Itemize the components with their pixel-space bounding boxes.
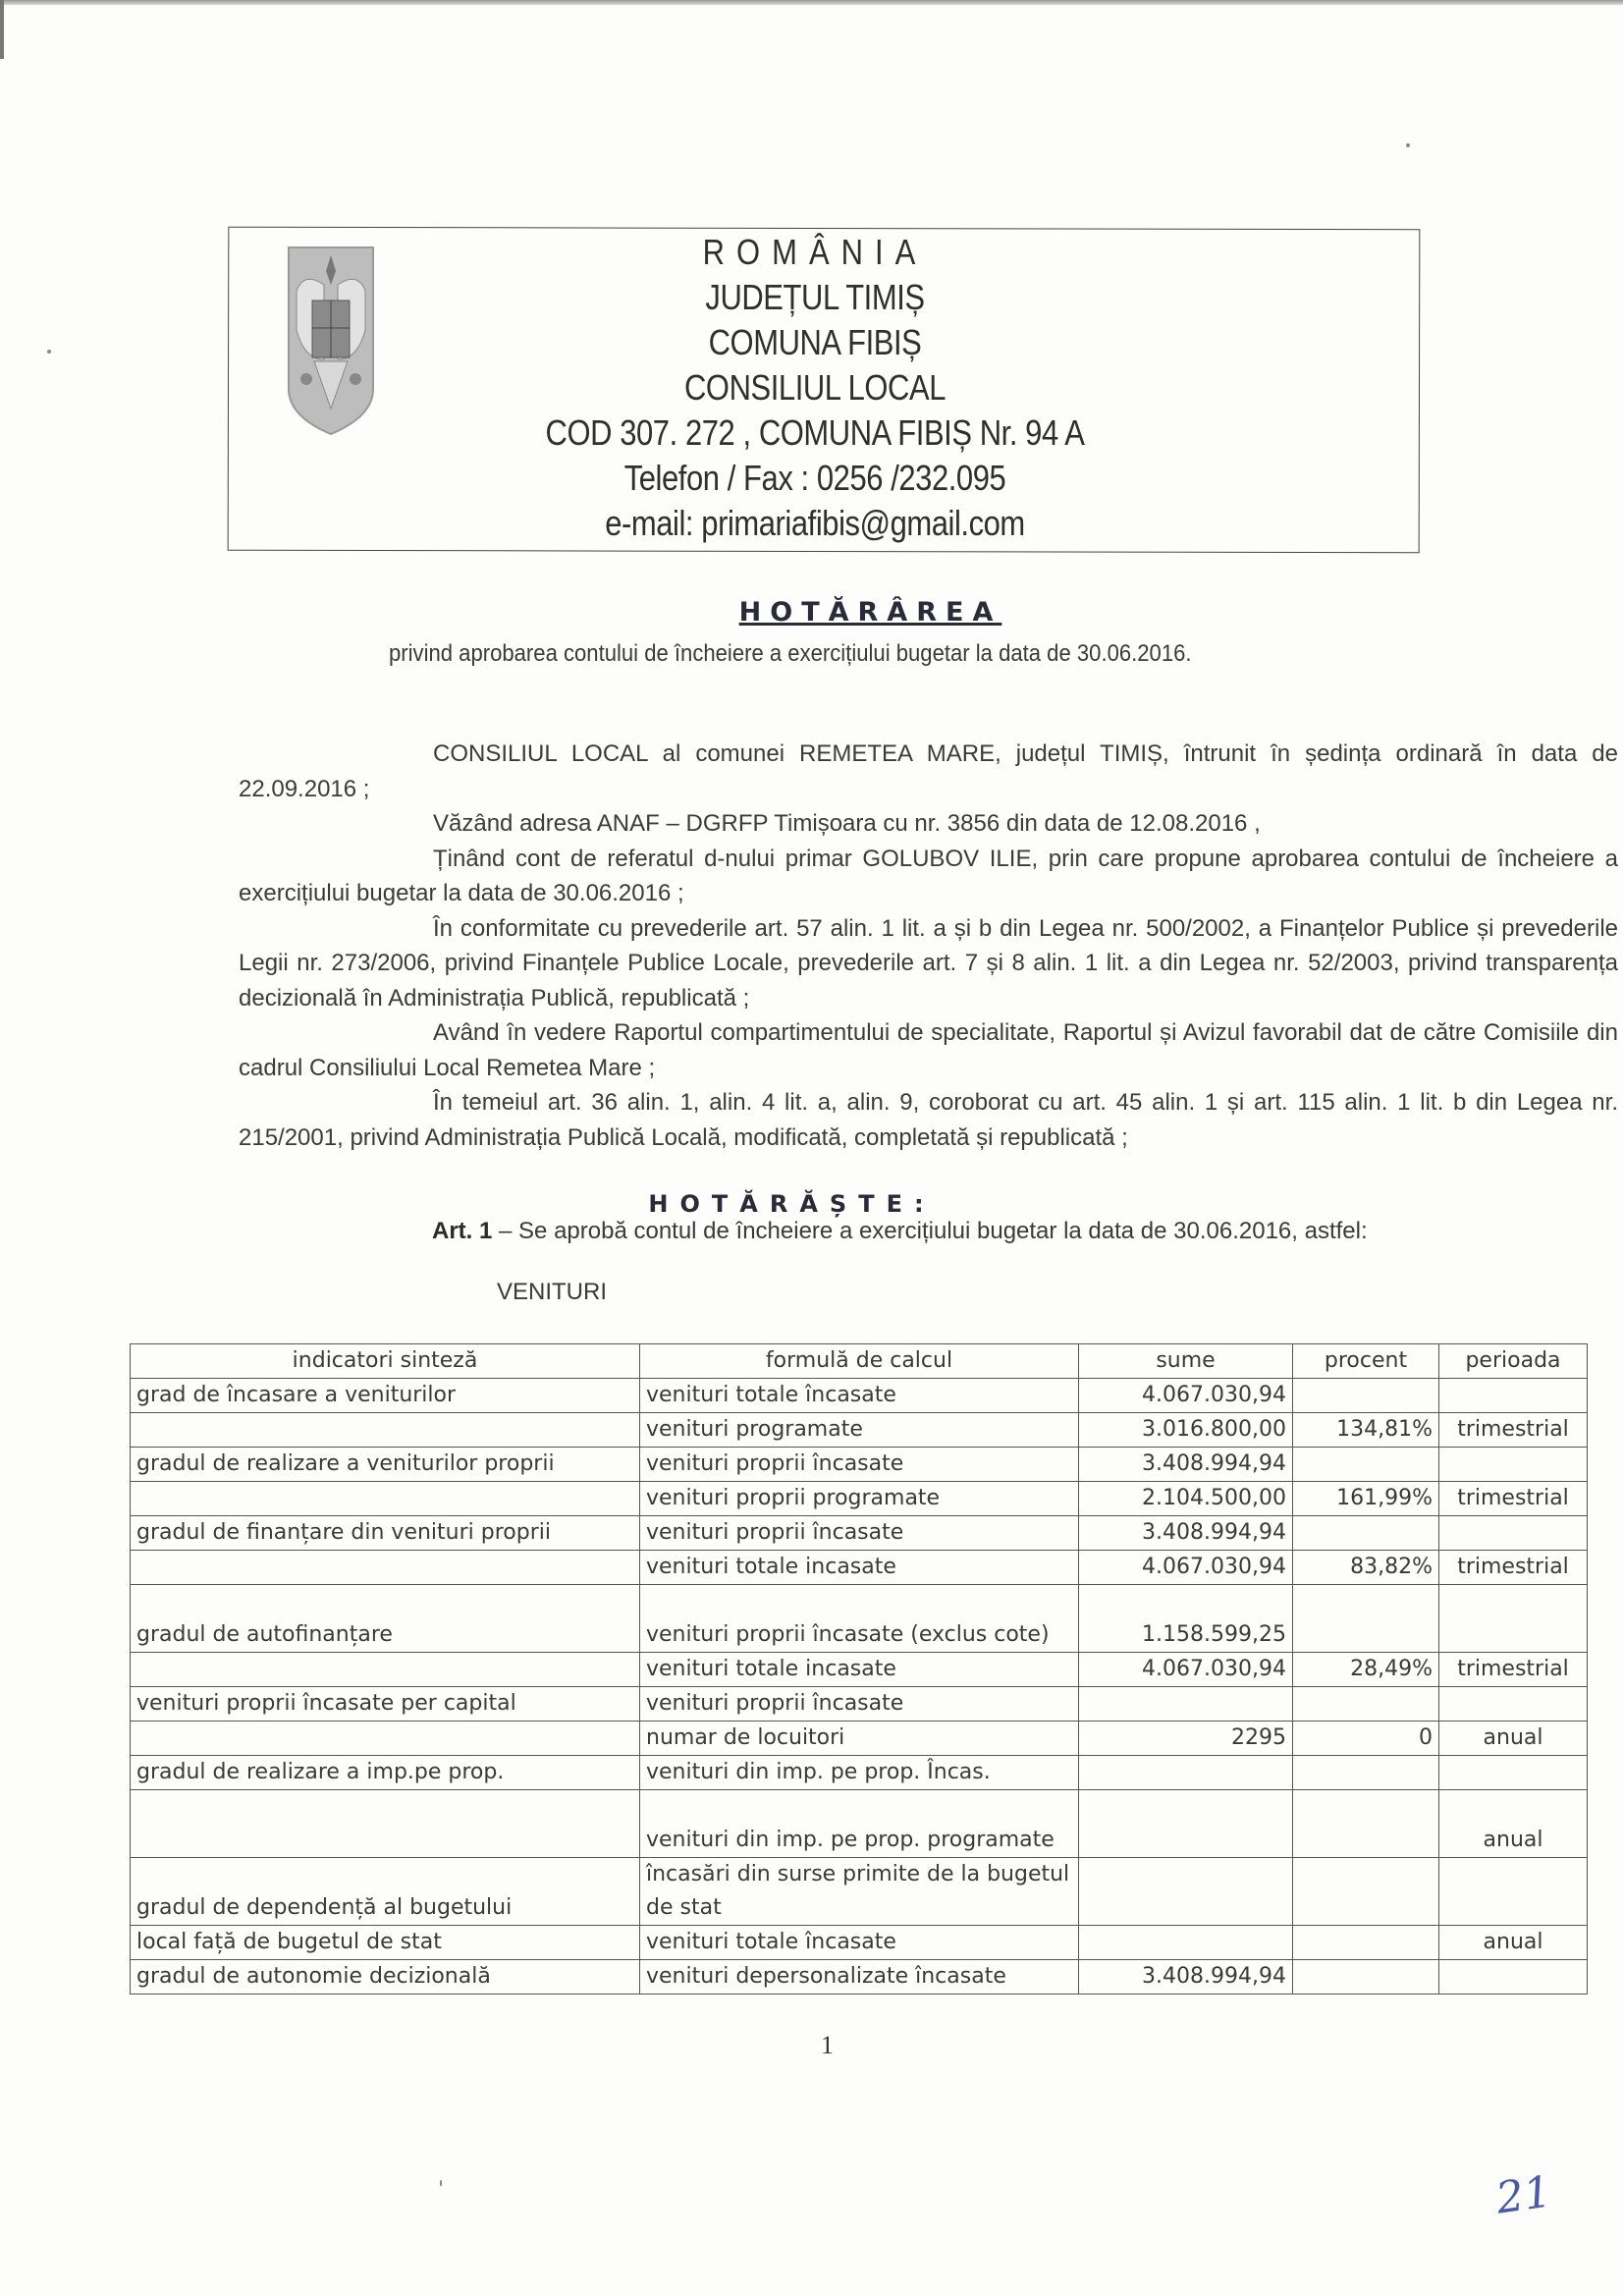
table-body: grad de încasare a veniturilorvenituri t…: [131, 1379, 1588, 1995]
indicator-cell: gradul de realizare a veniturilor propri…: [131, 1448, 640, 1482]
indicator-cell: [131, 1790, 640, 1858]
indicator-cell: [131, 1551, 640, 1585]
sum-cell: 2.104.500,00: [1079, 1482, 1293, 1516]
table-row: venituri programate3.016.800,00134,81%tr…: [131, 1413, 1588, 1448]
table-row: grad de încasare a veniturilorvenituri t…: [131, 1379, 1588, 1413]
sum-cell: [1079, 1790, 1293, 1858]
formula-cell: venituri proprii încasate: [640, 1687, 1079, 1722]
table-row: venituri proprii încasate per capitalven…: [131, 1687, 1588, 1722]
formula-cell: venituri proprii încasate: [640, 1448, 1079, 1482]
indicator-cell: gradul de autonomie decizională: [131, 1960, 640, 1995]
scan-speck: [47, 350, 51, 354]
percent-cell: 134,81%: [1293, 1413, 1439, 1448]
indicator-cell: local față de bugetul de stat: [131, 1926, 640, 1960]
postal-address: COD 307. 272 , COMUNA FIBIȘ Nr. 94 A: [486, 410, 1145, 456]
column-header-indicator: indicatori sinteză: [131, 1344, 640, 1379]
scan-speck: [1406, 143, 1410, 147]
period-cell: [1439, 1448, 1588, 1482]
period-cell: [1439, 1379, 1588, 1413]
period-cell: [1439, 1687, 1588, 1722]
formula-cell: venituri depersonalizate încasate: [640, 1960, 1079, 1995]
sum-cell: 3.408.994,94: [1079, 1960, 1293, 1995]
council-name: CONSILIUL LOCAL: [486, 365, 1145, 410]
table-header-row: indicatori sinteză formulă de calcul sum…: [131, 1344, 1588, 1379]
phone-fax: Telefon / Fax : 0256 /232.095: [486, 456, 1145, 501]
formula-cell: venituri totale incasate: [640, 1653, 1079, 1687]
decision-heading: HOTĂRÂREA: [0, 597, 1623, 628]
formula-cell: venituri totale încasate: [640, 1379, 1079, 1413]
scan-speck: [440, 2180, 442, 2186]
period-cell: anual: [1439, 1926, 1588, 1960]
sum-cell: 2295: [1079, 1722, 1293, 1756]
column-header-period: perioada: [1439, 1344, 1588, 1379]
sum-cell: 1.158.599,25: [1079, 1585, 1293, 1653]
indicator-cell: grad de încasare a veniturilor: [131, 1379, 640, 1413]
period-cell: anual: [1439, 1790, 1588, 1858]
period-cell: trimestrial: [1439, 1551, 1588, 1585]
article-1-text: – Se aprobă contul de încheiere a exerci…: [492, 1218, 1367, 1244]
decides-label: HOTĂRĂȘTE:: [648, 1190, 935, 1218]
table-row: venituri totale incasate4.067.030,9483,8…: [131, 1551, 1588, 1585]
percent-cell: [1293, 1756, 1439, 1790]
column-header-formula: formulă de calcul: [640, 1344, 1079, 1379]
period-cell: [1439, 1756, 1588, 1790]
article-1: Art. 1 – Se aprobă contul de încheiere a…: [432, 1218, 1368, 1245]
preamble-paragraph: CONSILIUL LOCAL al comunei REMETEA MARE,…: [239, 737, 1618, 806]
formula-cell: venituri proprii încasate: [640, 1516, 1079, 1551]
county-name: JUDEȚUL TIMIȘ: [486, 275, 1145, 320]
table-row: gradul de autofinanțarevenituri proprii …: [131, 1585, 1588, 1653]
preamble: CONSILIUL LOCAL al comunei REMETEA MARE,…: [239, 737, 1618, 1155]
sum-cell: [1079, 1687, 1293, 1722]
sum-cell: [1079, 1756, 1293, 1790]
sum-cell: [1079, 1858, 1293, 1926]
period-cell: trimestrial: [1439, 1413, 1588, 1448]
period-cell: [1439, 1960, 1588, 1995]
period-cell: [1439, 1585, 1588, 1653]
formula-cell: venituri proprii programate: [640, 1482, 1079, 1516]
preamble-paragraph: În conformitate cu prevederile art. 57 a…: [239, 911, 1618, 1016]
scan-edge-left: [0, 0, 4, 59]
country-name: ROMÂNIA: [486, 230, 1145, 275]
formula-cell: venituri totale incasate: [640, 1551, 1079, 1585]
formula-cell: venituri totale încasate: [640, 1926, 1079, 1960]
percent-cell: 28,49%: [1293, 1653, 1439, 1687]
period-cell: trimestrial: [1439, 1482, 1588, 1516]
indicator-cell: [131, 1722, 640, 1756]
percent-cell: [1293, 1858, 1439, 1926]
percent-cell: [1293, 1790, 1439, 1858]
formula-cell: numar de locuitori: [640, 1722, 1079, 1756]
table-row: venituri proprii programate2.104.500,001…: [131, 1482, 1588, 1516]
formula-cell: venituri programate: [640, 1413, 1079, 1448]
table-row: gradul de finanțare din venituri proprii…: [131, 1516, 1588, 1551]
page-number: 1: [821, 2031, 834, 2060]
letterhead: ROMÂNIA JUDEȚUL TIMIȘ COMUNA FIBIȘ CONSI…: [432, 230, 1198, 546]
percent-cell: 83,82%: [1293, 1551, 1439, 1585]
percent-cell: [1293, 1926, 1439, 1960]
commune-name: COMUNA FIBIȘ: [486, 320, 1145, 365]
percent-cell: [1293, 1960, 1439, 1995]
sum-cell: [1079, 1926, 1293, 1960]
formula-cell: venituri din imp. pe prop. programate: [640, 1790, 1079, 1858]
table-row: numar de locuitori22950anual: [131, 1722, 1588, 1756]
decision-subtitle: privind aprobarea contului de încheiere …: [389, 640, 1192, 668]
column-header-sums: sume: [1079, 1344, 1293, 1379]
column-header-percent: procent: [1293, 1344, 1439, 1379]
decides-heading: HOTĂRĂȘTE:: [0, 1190, 1623, 1218]
formula-cell: venituri din imp. pe prop. Încas.: [640, 1756, 1079, 1790]
sum-cell: 3.016.800,00: [1079, 1413, 1293, 1448]
formula-cell: venituri proprii încasate (exclus cote): [640, 1585, 1079, 1653]
table-row: gradul de realizare a imp.pe prop.venitu…: [131, 1756, 1588, 1790]
period-cell: anual: [1439, 1722, 1588, 1756]
sum-cell: 4.067.030,94: [1079, 1379, 1293, 1413]
percent-cell: [1293, 1687, 1439, 1722]
section-title: VENITURI: [497, 1279, 607, 1306]
decision-title: HOTĂRÂREA: [739, 597, 1002, 628]
period-cell: [1439, 1858, 1588, 1926]
table-row: local față de bugetul de statvenituri to…: [131, 1926, 1588, 1960]
percent-cell: 161,99%: [1293, 1482, 1439, 1516]
scan-edge-top: [0, 0, 1623, 5]
sum-cell: 4.067.030,94: [1079, 1653, 1293, 1687]
sum-cell: 3.408.994,94: [1079, 1516, 1293, 1551]
percent-cell: [1293, 1448, 1439, 1482]
handwritten-note: 21: [1493, 2166, 1555, 2223]
percent-cell: 0: [1293, 1722, 1439, 1756]
period-cell: [1439, 1516, 1588, 1551]
table-row: venituri din imp. pe prop. programateanu…: [131, 1790, 1588, 1858]
formula-cell: încasări din surse primite de la bugetul…: [640, 1858, 1079, 1926]
indicator-cell: [131, 1413, 640, 1448]
table-row: gradul de dependență al bugetuluiîncasăr…: [131, 1858, 1588, 1926]
period-cell: trimestrial: [1439, 1653, 1588, 1687]
romanian-coat-of-arms-icon: [285, 242, 377, 436]
percent-cell: [1293, 1379, 1439, 1413]
preamble-paragraph: Ținând cont de referatul d-nului primar …: [239, 842, 1618, 911]
article-1-label: Art. 1: [432, 1218, 492, 1244]
indicator-cell: gradul de dependență al bugetului: [131, 1858, 640, 1926]
sum-cell: 3.408.994,94: [1079, 1448, 1293, 1482]
table-row: venituri totale incasate4.067.030,9428,4…: [131, 1653, 1588, 1687]
sum-cell: 4.067.030,94: [1079, 1551, 1293, 1585]
indicator-cell: [131, 1653, 640, 1687]
email-address: e-mail: primariafibis@gmail.com: [486, 501, 1145, 546]
table-row: gradul de autonomie decizionalăvenituri …: [131, 1960, 1588, 1995]
table-row: gradul de realizare a veniturilor propri…: [131, 1448, 1588, 1482]
preamble-paragraph: Văzând adresa ANAF – DGRFP Timișoara cu …: [239, 806, 1618, 842]
indicators-table: indicatori sinteză formulă de calcul sum…: [130, 1343, 1588, 1995]
indicator-cell: gradul de finanțare din venituri proprii: [131, 1516, 640, 1551]
indicator-cell: gradul de autofinanțare: [131, 1585, 640, 1653]
percent-cell: [1293, 1585, 1439, 1653]
indicator-cell: [131, 1482, 640, 1516]
preamble-paragraph: În temeiul art. 36 alin. 1, alin. 4 lit.…: [239, 1085, 1618, 1155]
indicator-cell: venituri proprii încasate per capital: [131, 1687, 640, 1722]
indicator-cell: gradul de realizare a imp.pe prop.: [131, 1756, 640, 1790]
preamble-paragraph: Având în vedere Raportul compartimentulu…: [239, 1015, 1618, 1085]
percent-cell: [1293, 1516, 1439, 1551]
